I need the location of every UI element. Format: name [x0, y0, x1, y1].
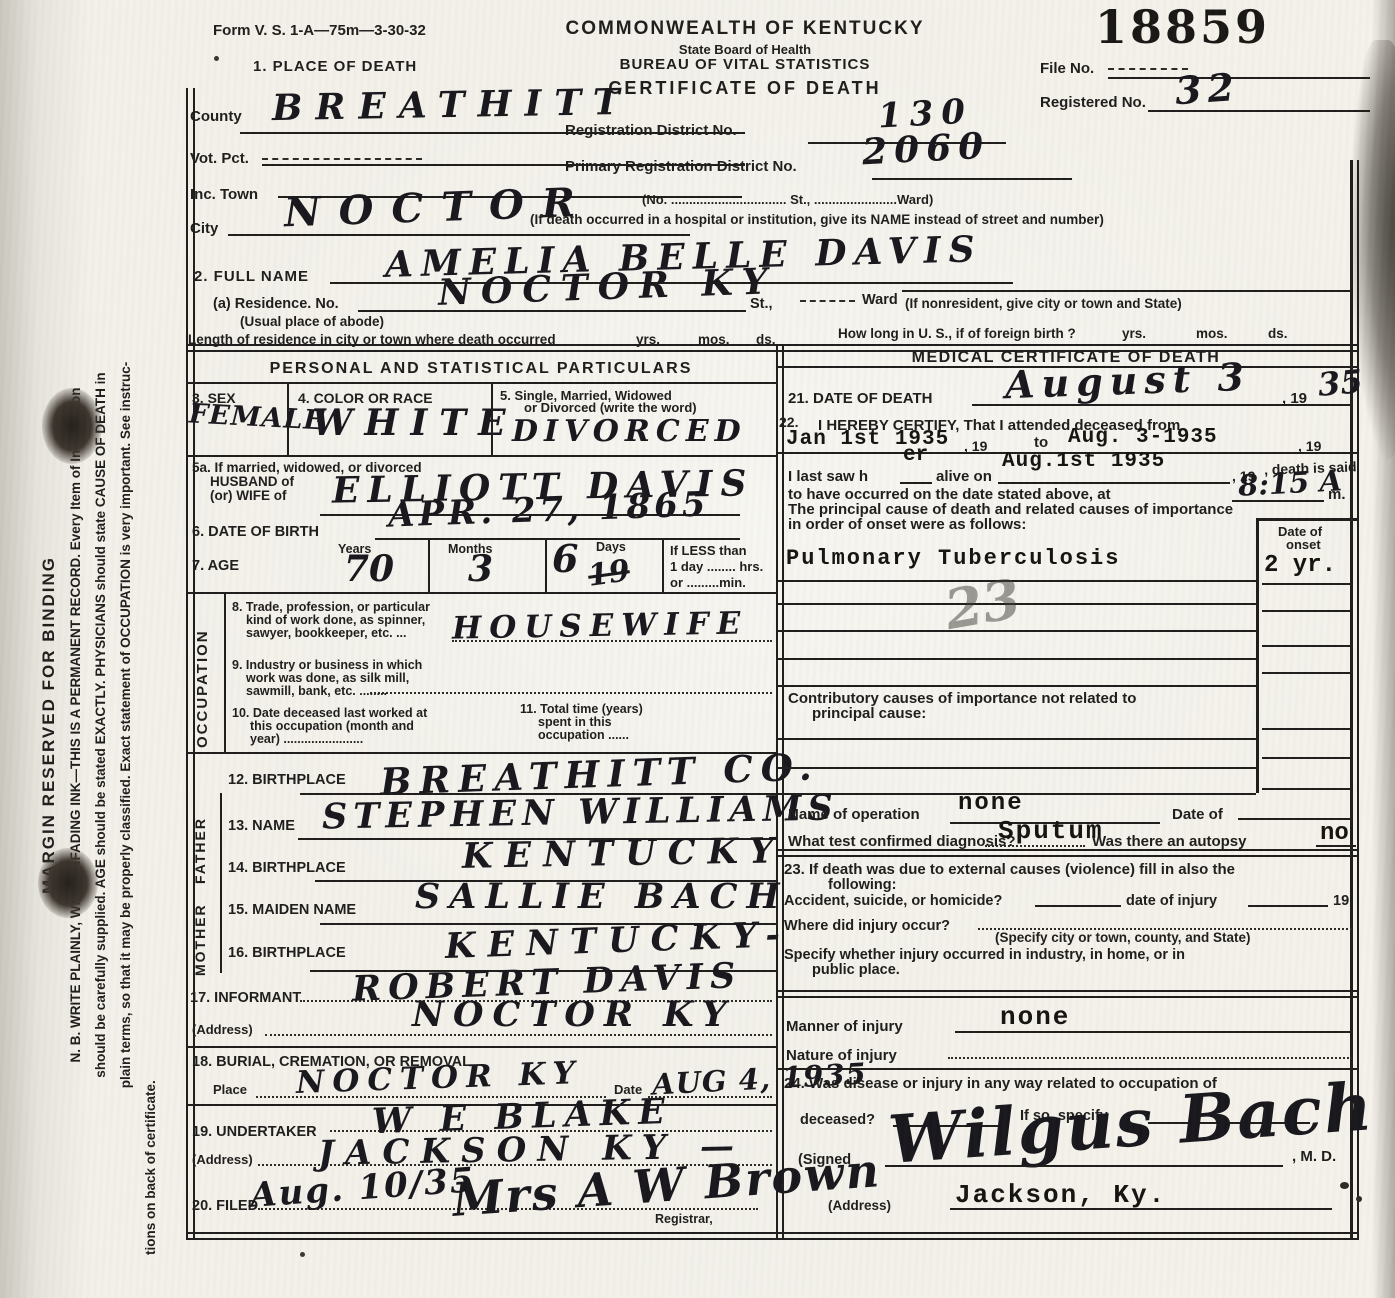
foreign-yrs: yrs. [1122, 326, 1146, 341]
personal-title-rule [186, 382, 776, 384]
sex-race-divider [287, 382, 289, 455]
binding-hole-top [42, 388, 102, 464]
occ-item10c: year) ....................... [250, 732, 363, 746]
race-marital-divider [491, 382, 493, 455]
age-days-label: Days [596, 540, 626, 554]
autopsy-value: no [1320, 820, 1349, 847]
onset-box-top [1256, 518, 1357, 521]
lastsaw-value: Aug.1st 1935 [1002, 450, 1165, 473]
lastsaw-blank [900, 482, 932, 484]
length-ds: ds. [756, 332, 776, 347]
length-yrs: yrs. [636, 332, 660, 347]
less-than3: or .........min. [670, 575, 746, 590]
onset-line-6 [1262, 757, 1350, 759]
death-certificate-scan: MARGIN RESERVED FOR BINDING N. B. WRITE … [0, 0, 1395, 1298]
test-value: Sputum [998, 816, 1104, 846]
father-bp-value: KENTUCKY [462, 830, 787, 877]
mother-name-value: SALLIE BACH [415, 876, 789, 917]
mother-side-label: MOTHER [192, 888, 208, 976]
margin-line4: plain terms, so that it may be properly … [113, 195, 138, 1255]
header-board: State Board of Health [500, 42, 990, 57]
vot-pct-line [262, 164, 745, 166]
item23-text1: 23. If death was due to external causes … [784, 861, 1235, 878]
parents-divider [220, 793, 222, 973]
autopsy-line [1316, 845, 1356, 847]
father-bp-label: 14. BIRTHPLACE [228, 860, 346, 876]
dod-year-prefix: , 19 [1282, 390, 1307, 407]
dod-value: August 3 [1004, 354, 1251, 408]
place-of-death-label: 1. PLACE OF DEATH [253, 58, 417, 75]
margin-line1: MARGIN RESERVED FOR BINDING [35, 195, 63, 1255]
accident-blank [1035, 905, 1121, 907]
primary-district-line [872, 178, 1072, 180]
occ-item10b: this occupation (month and [250, 719, 414, 733]
sex-row-rule [186, 455, 776, 457]
specify-text2: public place. [812, 962, 900, 978]
where-label: Where did injury occur? [784, 918, 950, 934]
vot-pct-label: Vot. Pct. [190, 150, 249, 167]
occ-item11b: spent in this [538, 715, 612, 729]
registration-district-label: Registration District No. [565, 122, 737, 139]
abode-note: (Usual place of abode) [240, 314, 384, 329]
inc-town-label: Inc. Town [190, 186, 258, 203]
length-mos: mos. [698, 332, 730, 347]
onset-line-4 [1262, 672, 1350, 674]
signature-line [885, 1165, 1283, 1167]
onset-label2: onset [1286, 537, 1321, 552]
occ-item8a: 8. Trade, profession, or particular [232, 600, 430, 614]
dob-label: 6. DATE OF BIRTH [192, 524, 319, 540]
principal-text2: in order of onset were as follows: [788, 516, 1026, 533]
injury-date-blank [1248, 905, 1328, 907]
informant-bottom-rule [186, 1046, 776, 1048]
test-label: What test confirmed diagnosis? [788, 833, 1016, 850]
nature-dots [948, 1057, 1352, 1059]
occ-item9a: 9. Industry or business in which [232, 658, 422, 672]
cause-of-death-value: Pulmonary Tuberculosis [786, 546, 1120, 571]
primary-district-value: 2060 [861, 125, 991, 174]
personal-title: PERSONAL AND STATISTICAL PARTICULARS [196, 360, 766, 378]
informant-address-label: (Address) [192, 1022, 253, 1037]
age-row-rule [186, 592, 776, 594]
burial-place-label: Place [213, 1082, 247, 1097]
nature-label: Nature of injury [786, 1047, 897, 1064]
less-than2: 1 day ........ hrs. [670, 559, 763, 574]
injury-date-label: date of injury [1126, 893, 1217, 909]
county-label: County [190, 108, 242, 125]
time-value: 8:15 A [1237, 463, 1342, 502]
contributory-text2: principal cause: [812, 705, 926, 722]
age-label: 7. AGE [192, 558, 239, 574]
occ-item8c: sawyer, bookkeeper, etc. ... [246, 626, 407, 640]
margin-line2: N. B. WRITE PLAINLY, WITH UNFADING INK—T… [63, 195, 88, 1255]
full-name-label: 2. FULL NAME [194, 268, 309, 285]
birthplace-label: 12. BIRTHPLACE [228, 772, 346, 788]
manner-line [955, 1031, 1352, 1033]
age-months-value: 3 [468, 548, 493, 590]
spouse-label2: HUSBAND of [210, 474, 294, 489]
onset-line-3 [1262, 645, 1350, 647]
where-note: (Specify city or town, county, and State… [995, 930, 1251, 945]
county-value: BREATHITT [272, 81, 633, 129]
onset-value-line [1262, 583, 1350, 585]
md-label: , M. D. [1292, 1148, 1336, 1165]
time-line [1232, 500, 1324, 502]
registered-no-value: 32 [1174, 64, 1242, 113]
speck-4 [214, 56, 219, 61]
residence-label: (a) Residence. No. [213, 296, 339, 312]
foreign-mos: mos. [1196, 326, 1228, 341]
deceased-label: deceased? [800, 1112, 875, 1128]
city-value: NOCTOR [283, 179, 594, 237]
onset-column-line [1256, 518, 1259, 793]
item23-text2: following: [828, 877, 896, 893]
lastsaw-text1: I last saw h [788, 468, 868, 485]
physician-address-label: (Address) [828, 1198, 891, 1213]
occupation-side-label: OCCUPATION [194, 608, 211, 748]
occ-item10a: 10. Date deceased last worked at [232, 706, 427, 720]
manner-value: none [1000, 1002, 1070, 1032]
less-than1: If LESS than [670, 543, 747, 558]
cause-line-5 [776, 685, 1256, 687]
form-number: Form V. S. 1-A—75m—3-30-32 [213, 22, 426, 39]
age-div1 [428, 540, 430, 592]
dod-label: 21. DATE OF DEATH [788, 390, 932, 407]
marital-value: DIVORCED [512, 414, 747, 449]
margin-line3: should be carefully supplied. AGE should… [88, 195, 113, 1255]
undertaker-label: 19. UNDERTAKER [192, 1124, 317, 1140]
test-dots [985, 845, 1085, 847]
certify-to-value: Aug. 3-1935 [1068, 426, 1218, 449]
physician-address-value: Jackson, Ky. [955, 1180, 1166, 1210]
cause-scrawl: 23 [940, 566, 1025, 642]
certify-to-label: to [1034, 434, 1048, 451]
binding-hole-bottom [38, 848, 98, 918]
left-border-outer [186, 88, 188, 1240]
stamp-number: 18859 [1095, 0, 1270, 54]
occ-item9b: work was done, as silk mill, [246, 671, 409, 685]
header-commonwealth: COMMONWEALTH OF KENTUCKY [500, 18, 990, 40]
margin-line5: tions on back of certificate. [138, 195, 163, 1255]
manner-label: Manner of injury [786, 1018, 903, 1035]
residence-ward-label: Ward [862, 292, 898, 308]
informant-label: 17. INFORMANT [190, 990, 301, 1006]
father-name-label: 13. NAME [228, 818, 295, 834]
specify-text1: Specify whether injury occurred in indus… [784, 947, 1185, 963]
vot-pct-blank [262, 158, 422, 160]
onset-line-5 [1262, 728, 1350, 730]
undertaker-address-label: (Address) [192, 1152, 253, 1167]
item24-top-rule [776, 1068, 1357, 1070]
occ-item9-dots [370, 692, 772, 694]
mother-name-label: 15. MAIDEN NAME [228, 902, 356, 918]
item23-bottom-rule [776, 990, 1357, 998]
occ-item11a: 11. Total time (years) [520, 702, 643, 716]
lastsaw-line [998, 482, 1230, 484]
occ-item8b: kind of work done, as spinner, [246, 613, 425, 627]
certify-er-value: er [903, 444, 928, 467]
age-years-value: 70 [344, 548, 394, 590]
residence-st-label: St., [750, 296, 773, 312]
occ-item9c: sawmill, bank, etc. ........ [246, 684, 387, 698]
corner-speck-1 [1340, 1182, 1349, 1189]
age-days-value: 6 [552, 536, 578, 581]
city-label: City [190, 220, 218, 237]
race-value: WHITE [312, 402, 518, 444]
onset-line-7 [1262, 788, 1350, 790]
mother-bp-label: 16. BIRTHPLACE [228, 945, 346, 961]
registered-no-label: Registered No. [1040, 94, 1146, 111]
residence-nonres-line [902, 290, 1352, 292]
occ-item11c: occupation ...... [538, 728, 629, 742]
primary-district-label: Primary Registration District No. [565, 158, 797, 175]
foreign-birth-label: How long in U. S., if of foreign birth ? [838, 326, 1076, 341]
no-st-ward-note: (No. ................................ St… [642, 192, 933, 207]
operation-label: Name of operation [788, 806, 920, 823]
residence-ward-blank [800, 300, 855, 302]
operation-value: none [958, 790, 1024, 817]
file-no-label: File No. [1040, 60, 1094, 77]
hospital-note: (If death occurred in a hospital or inst… [530, 212, 1104, 227]
test-section-rule [776, 849, 1357, 857]
age-days-struck-value: 19 [586, 553, 632, 593]
informant-address-value: NOCTOR KY [412, 994, 736, 1035]
contrib-line-2 [776, 767, 1256, 769]
speck-3 [300, 1252, 305, 1257]
onset-line-2 [1262, 610, 1350, 612]
contrib-line-1 [776, 738, 1256, 740]
father-side-label: FATHER [192, 800, 208, 884]
bottom-border [186, 1232, 1357, 1240]
residence-line [358, 310, 746, 312]
operation-date-label: Date of [1172, 806, 1223, 823]
county-line [240, 132, 745, 134]
corner-speck-2 [1356, 1196, 1362, 1202]
spouse-label3: (or) WIFE of [210, 488, 286, 503]
age-div3 [662, 540, 664, 592]
signed-label: (Signed [798, 1152, 851, 1168]
foreign-ds: ds. [1268, 326, 1288, 341]
occ-item8-value: HOUSEWIFE [452, 605, 749, 646]
length-residence-label: Length of residence in city or town wher… [188, 332, 556, 347]
nonresident-note: (If nonresident, give city or town and S… [905, 296, 1182, 311]
lastsaw-text2: alive on [936, 468, 992, 485]
right-edge-shade [1372, 0, 1395, 1298]
autopsy-label: Was there an autopsy [1092, 833, 1246, 850]
marital-label2: or Divorced (write the word) [524, 400, 697, 415]
cause-line-4 [776, 658, 1256, 660]
age-div2 [545, 540, 547, 592]
time-m-label: m. [1328, 486, 1346, 503]
injury-19: 19 [1333, 893, 1349, 909]
binding-margin-text: MARGIN RESERVED FOR BINDING N. B. WRITE … [35, 195, 185, 1255]
physician-address-line [950, 1208, 1332, 1210]
accident-label: Accident, suicide, or homicide? [784, 893, 1002, 909]
occupation-divider [224, 592, 226, 752]
registrar-label: Registrar, [655, 1212, 713, 1226]
header-bureau: BUREAU OF VITAL STATISTICS [500, 56, 990, 73]
onset-value: 2 yr. [1264, 552, 1336, 579]
filed-label: 20. FILED [192, 1198, 258, 1214]
